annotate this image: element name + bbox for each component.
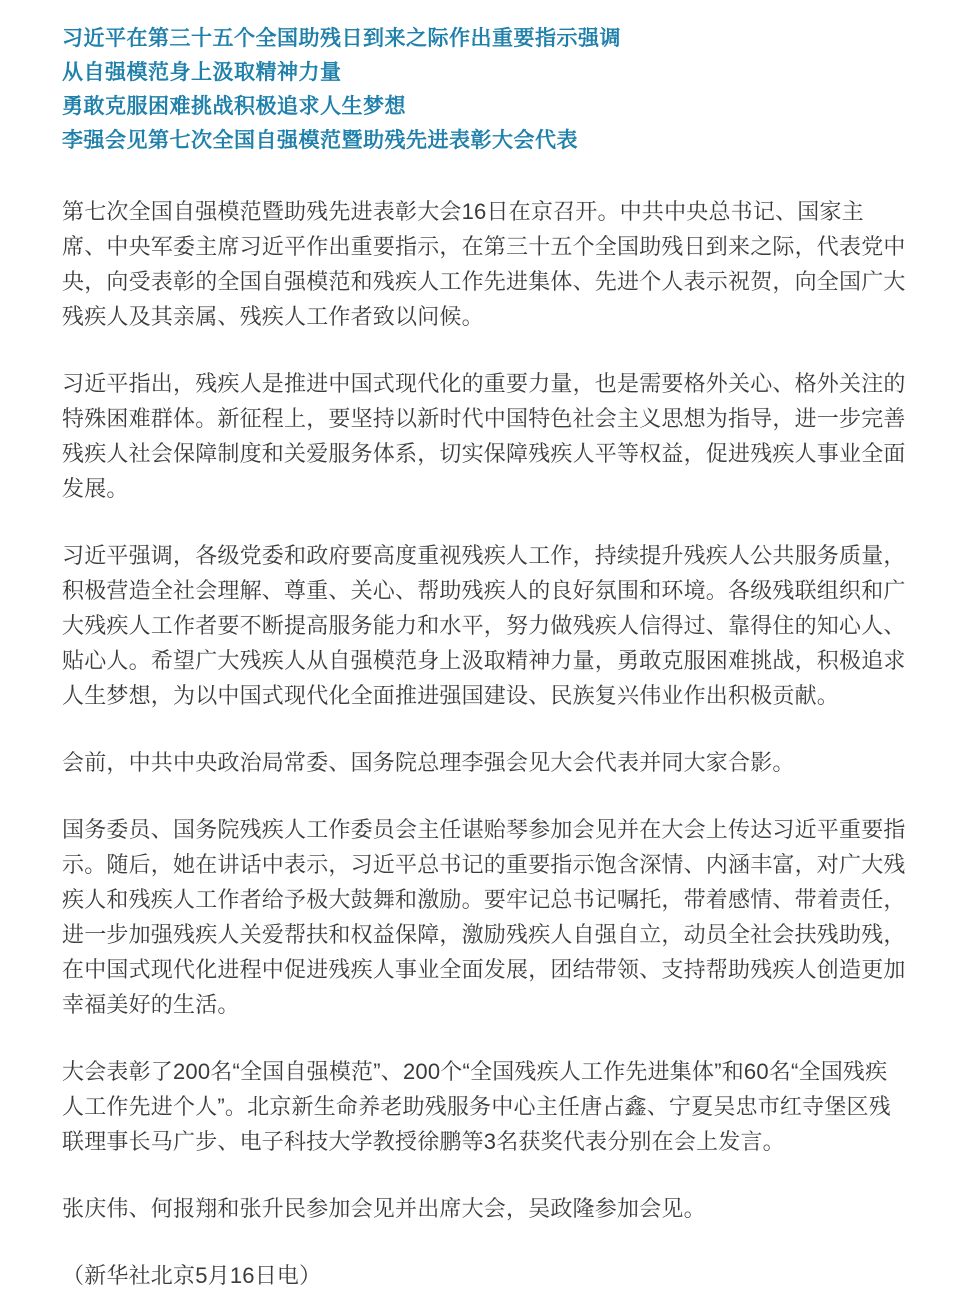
- headline-line: 勇敢克服困难挑战积极追求人生梦想: [62, 90, 908, 124]
- paragraph: 会前，中共中央政治局常委、国务院总理李强会见大会代表并同大家合影。: [62, 745, 908, 780]
- paragraph: 张庆伟、何报翔和张升民参加会见并出席大会，吴政隆参加会见。: [62, 1191, 908, 1226]
- headline-line: 从自强模范身上汲取精神力量: [62, 56, 908, 90]
- paragraph: 第七次全国自强模范暨助残先进表彰大会16日在京召开。中共中央总书记、国家主席、中…: [62, 194, 908, 334]
- closing-dateline: （新华社北京5月16日电）: [62, 1258, 908, 1293]
- paragraph: 习近平强调，各级党委和政府要高度重视残疾人工作，持续提升残疾人公共服务质量，积极…: [62, 538, 908, 713]
- paragraph: 大会表彰了200名“全国自强模范”、200个“全国残疾人工作先进集体”和60名“…: [62, 1054, 908, 1159]
- article-body: 第七次全国自强模范暨助残先进表彰大会16日在京召开。中共中央总书记、国家主席、中…: [62, 194, 908, 1293]
- headline-line: 习近平在第三十五个全国助残日到来之际作出重要指示强调: [62, 22, 908, 56]
- article-page: 习近平在第三十五个全国助残日到来之际作出重要指示强调 从自强模范身上汲取精神力量…: [0, 0, 963, 1297]
- article-headline: 习近平在第三十五个全国助残日到来之际作出重要指示强调 从自强模范身上汲取精神力量…: [62, 22, 908, 158]
- paragraph: 国务委员、国务院残疾人工作委员会主任谌贻琴参加会见并在大会上传达习近平重要指示。…: [62, 812, 908, 1022]
- headline-line: 李强会见第七次全国自强模范暨助残先进表彰大会代表: [62, 124, 908, 158]
- paragraph: 习近平指出，残疾人是推进中国式现代化的重要力量，也是需要格外关心、格外关注的特殊…: [62, 366, 908, 506]
